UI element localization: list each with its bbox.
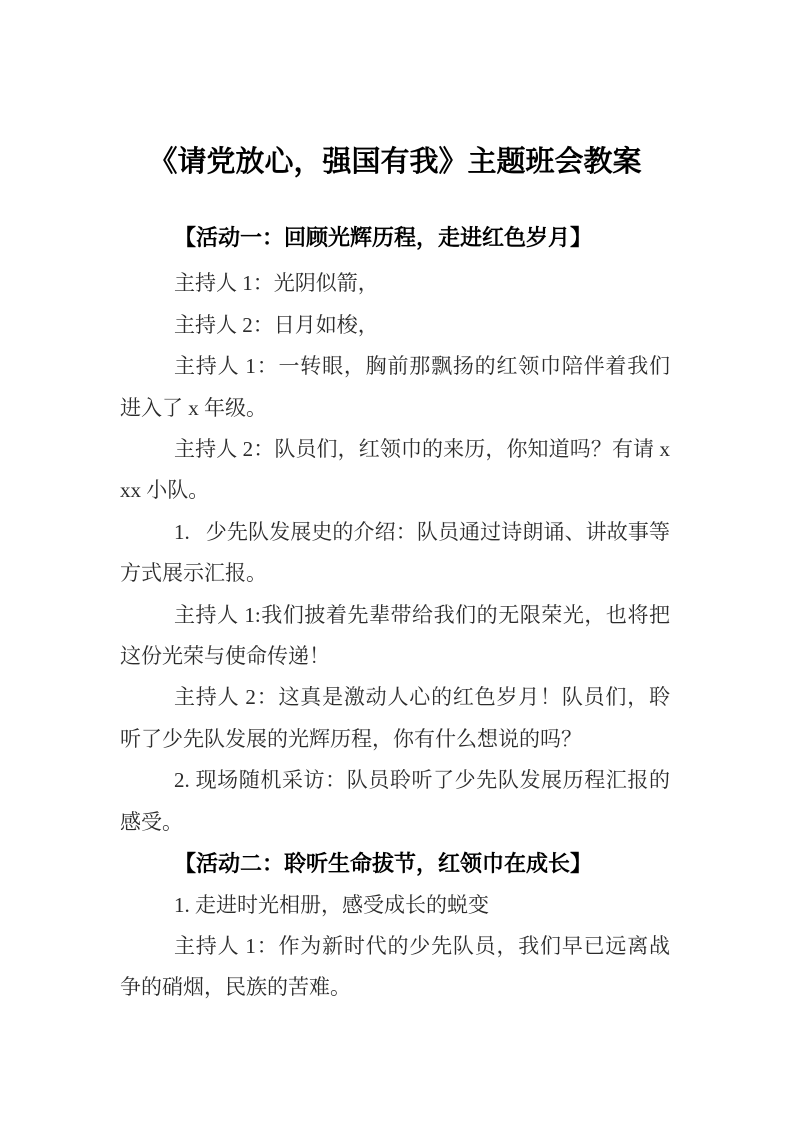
paragraph: 主持人 2：日月如梭， xyxy=(120,305,670,346)
paragraph: 主持人 1:我们披着先辈带给我们的无限荣光，也将把这份光荣与使命传递！ xyxy=(120,595,670,678)
section-heading-activity-2: 【活动二：聆听生命拔节，红领巾在成长】 xyxy=(120,843,670,884)
document-title: 《请党放心，强国有我》主题班会教案 xyxy=(120,140,670,184)
document-page: 《请党放心，强国有我》主题班会教案 【活动一：回顾光辉历程，走进红色岁月】 主持… xyxy=(0,0,793,1122)
paragraph: 主持人 1：光阴似箭， xyxy=(120,263,670,304)
list-item: 1. 走进时光相册，感受成长的蜕变 xyxy=(120,885,670,926)
document-content: 《请党放心，强国有我》主题班会教案 【活动一：回顾光辉历程，走进红色岁月】 主持… xyxy=(120,140,670,1009)
paragraph: 主持人 1：一转眼，胸前那飘扬的红领巾陪伴着我们进入了 x 年级。 xyxy=(120,346,670,429)
list-item: 2. 现场随机采访：队员聆听了少先队发展历程汇报的感受。 xyxy=(120,760,670,843)
paragraph: 主持人 1：作为新时代的少先队员，我们早已远离战争的硝烟，民族的苦难。 xyxy=(120,926,670,1009)
section-heading-activity-1: 【活动一：回顾光辉历程，走进红色岁月】 xyxy=(120,217,670,258)
paragraph: 主持人 2：队员们，红领巾的来历，你知道吗？有请 xxx 小队。 xyxy=(120,429,670,512)
list-item: 1. 少先队发展史的介绍：队员通过诗朗诵、讲故事等方式展示汇报。 xyxy=(120,512,670,595)
paragraph: 主持人 2：这真是激动人心的红色岁月！队员们，聆听了少先队发展的光辉历程，你有什… xyxy=(120,677,670,760)
